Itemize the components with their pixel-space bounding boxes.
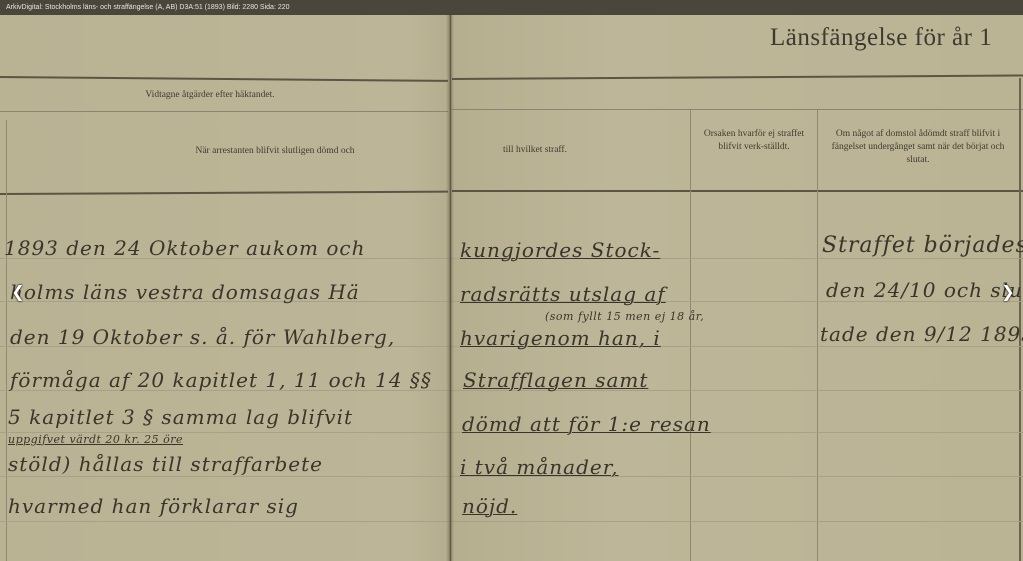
punishment-line: dömd att för 1:e resan: [462, 412, 711, 436]
header-section: Vidtagne åtgärder efter häktandet.: [60, 89, 360, 102]
punishment-line: i två månader,: [460, 455, 618, 479]
entry-line: holms läns vestra domsagas Hä: [10, 280, 360, 304]
entry-line: förmåga af 20 kapitlet 1, 11 och 14 §§: [10, 368, 432, 392]
column-line-left-margin: [6, 120, 7, 561]
punishment-line: Strafflagen samt: [463, 368, 648, 392]
column-line-right-edge: [1019, 78, 1021, 561]
header-col-reason: Orsaken hvarför ej straffet blifvit verk…: [694, 128, 814, 154]
header-top-rule-right: [452, 75, 1023, 80]
next-page-button[interactable]: ❯: [998, 281, 1018, 301]
header-col-punishment: till hvilket straff.: [460, 144, 610, 157]
chevron-left-icon: ❮: [11, 282, 24, 301]
punishment-insert: (som fyllt 15 men ej 18 år,: [545, 310, 704, 323]
punishment-line: hvarigenom han, i: [460, 326, 661, 350]
header-top-rule: [0, 76, 448, 82]
window-title: ArkivDigital: Stockholms läns- och straf…: [0, 0, 1023, 15]
page-title: Länsfängelse för år 1: [770, 24, 992, 52]
header-col-served: Om något af domstol ådömdt straff blifvi…: [820, 128, 1016, 167]
header-bottom-rule: [0, 191, 448, 195]
entry-insert: uppgifvet värdt 20 kr. 25 öre: [8, 433, 183, 446]
served-line: tade den 9/12 1893.: [820, 322, 1023, 346]
column-line-reason: [690, 110, 691, 561]
section-divider: [0, 111, 448, 112]
punishment-line: radsrätts utslag af: [460, 282, 666, 306]
entry-line: 1893 den 24 Oktober aukom och: [4, 236, 366, 260]
header-col-judged: När arrestanten blifvit slutligen dömd o…: [100, 145, 450, 158]
chevron-right-icon: ❯: [1001, 282, 1014, 301]
punishment-line: kungjordes Stock-: [460, 238, 660, 262]
served-line: Straffet börjades: [822, 233, 1023, 258]
ruled-line: [0, 521, 1023, 522]
image-viewer[interactable]: ArkivDigital: Stockholms läns- och straf…: [0, 0, 1023, 561]
column-line-served: [817, 110, 818, 561]
served-line: den 24/10 och slu-: [826, 278, 1023, 302]
section-divider-right: [452, 109, 1023, 110]
book-gutter: [446, 0, 454, 561]
header-bottom-rule-right: [452, 190, 1023, 192]
entry-line: hvarmed han förklarar sig: [8, 494, 299, 518]
punishment-line: nöjd.: [462, 494, 517, 518]
previous-page-button[interactable]: ❮: [8, 281, 28, 301]
entry-line: stöld) hållas till straffarbete: [8, 452, 323, 476]
entry-line: den 19 Oktober s. å. för Wahlberg,: [10, 325, 395, 349]
entry-line: 5 kapitlet 3 § samma lag blifvit: [8, 405, 353, 429]
